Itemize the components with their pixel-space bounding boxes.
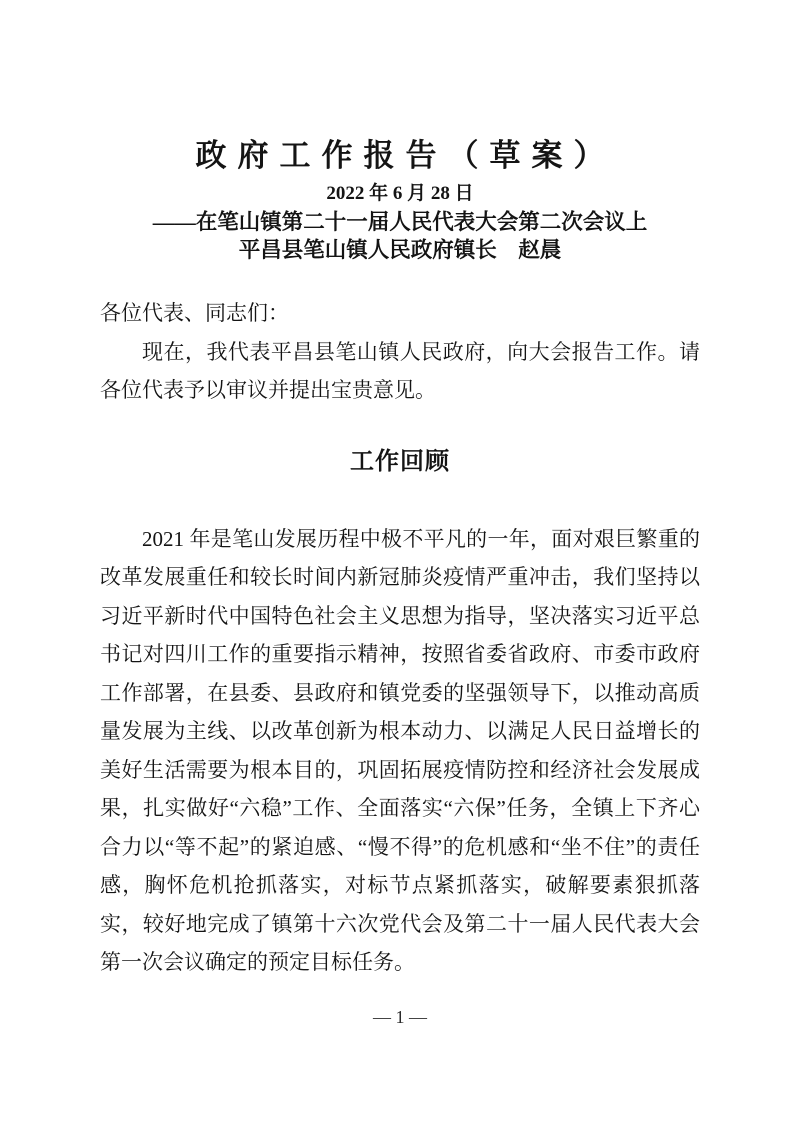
intro-paragraph: 现在，我代表平昌县笔山镇人民政府，向大会报告工作。请各位代表予以审议并提出宝贵意… <box>100 333 700 410</box>
document-title: 政府工作报告（草案） <box>100 136 700 176</box>
document-content: 政府工作报告（草案） 2022 年 6 月 28 日 ——在笔山镇第二十一届人民… <box>0 136 793 1028</box>
main-paragraph: 2021 年是笔山发展历程中极不平凡的一年，面对艰巨繁重的改革发展重任和较长时间… <box>100 520 700 982</box>
document-page: 政府工作报告（草案） 2022 年 6 月 28 日 ——在笔山镇第二十一届人民… <box>0 0 793 1122</box>
document-date: 2022 年 6 月 28 日 <box>100 182 700 206</box>
document-author-line: 平昌县笔山镇人民政府镇长 赵晨 <box>100 236 700 264</box>
section-heading-work-review: 工作回顾 <box>100 446 700 478</box>
document-subtitle: ——在笔山镇第二十一届人民代表大会第二次会议上 <box>100 208 700 236</box>
page-number: — 1 — <box>100 1006 700 1028</box>
salutation-line: 各位代表、同志们： <box>100 294 700 333</box>
